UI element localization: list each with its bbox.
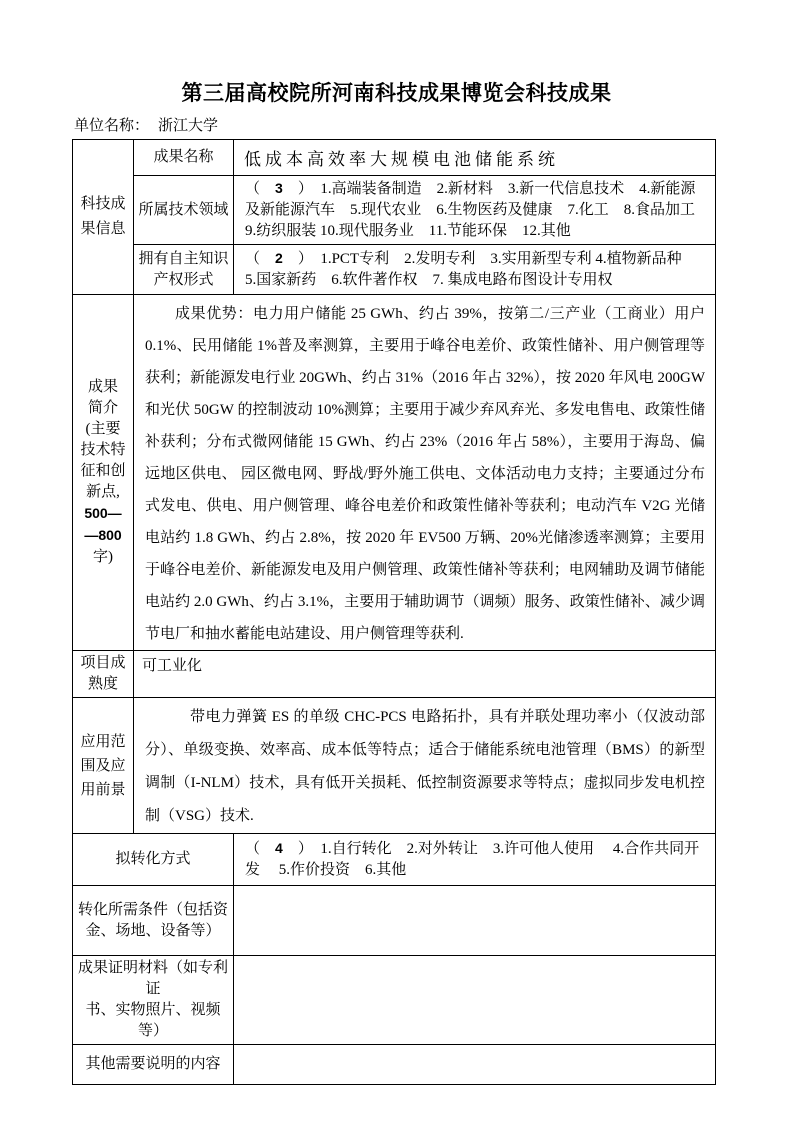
technical-field-label: 所属技术领域	[134, 176, 234, 245]
row-transformation-conditions: 转化所需条件（包括资 金、场地、设备等）	[73, 886, 716, 956]
achievement-intro-label: 成果 简介 (主要 技术特 征和创 新点, 500— —800 字)	[73, 295, 134, 651]
evidence-materials-value	[234, 956, 716, 1045]
intro-label-word-count: 500— —800	[84, 505, 121, 543]
selected-open-paren: （	[245, 251, 275, 267]
achievement-intro-text-cell: 成果优势：电力用户储能 25 GWh、约占 39%，按第二/三产业（工商业）用户…	[134, 295, 716, 651]
row-achievement-intro: 成果 简介 (主要 技术特 征和创 新点, 500— —800 字) 成果优势：…	[73, 295, 716, 651]
transformation-method-selected-number: 4	[275, 840, 283, 856]
application-scope-text: 带电力弹簧 ES 的单级 CHC-PCS 电路拓扑，具有并联处理功率小（仅波动部…	[145, 701, 705, 833]
row-evidence-materials: 成果证明材料（如专利证 书、实物照片、视频等）	[73, 956, 716, 1045]
application-scope-label: 应用范围及应用前景	[73, 698, 134, 834]
achievement-intro-text: 成果优势：电力用户储能 25 GWh、约占 39%，按第二/三产业（工商业）用户…	[145, 298, 705, 650]
unit-name-line: 单位名称：浙江大学	[74, 117, 793, 135]
row-technical-field: 所属技术领域 （ 3 ） 1.高端装备制造 2.新材料 3.新一代信息技术 4.…	[73, 176, 716, 245]
transformation-method-label: 拟转化方式	[73, 834, 234, 886]
achievement-name-label: 成果名称	[134, 140, 234, 176]
other-notes-value	[234, 1045, 716, 1085]
transformation-method-options: （ 4 ） 1.自行转化 2.对外转让 3.许可他人使用 4.合作共同开发 5.…	[234, 834, 716, 886]
row-application-scope: 应用范围及应用前景 带电力弹簧 ES 的单级 CHC-PCS 电路拓扑，具有并联…	[73, 698, 716, 834]
page-title: 第三届高校院所河南科技成果博览会科技成果	[0, 0, 793, 106]
intro-label-top: 成果 简介 (主要 技术特 征和创 新点,	[80, 379, 125, 500]
technical-field-selected-number: 3	[275, 180, 283, 196]
group-label-tech-achievement-info: 科技成果信息	[73, 140, 134, 295]
ip-rights-options: （ 2 ） 1.PCT专利 2.发明专利 3.实用新型专利 4.植物新品种 5.…	[234, 245, 716, 295]
selected-open-paren: （	[245, 181, 275, 197]
ip-rights-selected-number: 2	[275, 250, 283, 266]
unit-name-value: 浙江大学	[158, 118, 218, 134]
intro-label-bottom: 字)	[93, 549, 113, 565]
project-maturity-label: 项目成熟度	[73, 651, 134, 698]
achievement-name-value: 低成本高效率大规模电池储能系统	[234, 140, 716, 176]
row-achievement-name: 科技成果信息 成果名称 低成本高效率大规模电池储能系统	[73, 140, 716, 176]
row-project-maturity: 项目成熟度 可工业化	[73, 651, 716, 698]
row-ip-rights: 拥有自主知识 产权形式 （ 2 ） 1.PCT专利 2.发明专利 3.实用新型专…	[73, 245, 716, 295]
selected-close-paren: ）	[283, 251, 321, 267]
selected-close-paren: ）	[283, 181, 321, 197]
technical-field-options: （ 3 ） 1.高端装备制造 2.新材料 3.新一代信息技术 4.新能源及新能源…	[234, 176, 716, 245]
transformation-conditions-label: 转化所需条件（包括资 金、场地、设备等）	[73, 886, 234, 956]
project-maturity-value: 可工业化	[134, 651, 716, 698]
selected-close-paren: ）	[283, 841, 321, 857]
unit-name-label: 单位名称：	[74, 118, 149, 134]
row-other-notes: 其他需要说明的内容	[73, 1045, 716, 1085]
selected-open-paren: （	[245, 841, 275, 857]
other-notes-label: 其他需要说明的内容	[73, 1045, 234, 1085]
ip-rights-label: 拥有自主知识 产权形式	[134, 245, 234, 295]
row-transformation-method: 拟转化方式 （ 4 ） 1.自行转化 2.对外转让 3.许可他人使用 4.合作共…	[73, 834, 716, 886]
application-scope-text-cell: 带电力弹簧 ES 的单级 CHC-PCS 电路拓扑，具有并联处理功率小（仅波动部…	[134, 698, 716, 834]
achievement-form-table: 科技成果信息 成果名称 低成本高效率大规模电池储能系统 所属技术领域 （ 3 ）…	[72, 139, 716, 1085]
evidence-materials-label: 成果证明材料（如专利证 书、实物照片、视频等）	[73, 956, 234, 1045]
transformation-conditions-value	[234, 886, 716, 956]
